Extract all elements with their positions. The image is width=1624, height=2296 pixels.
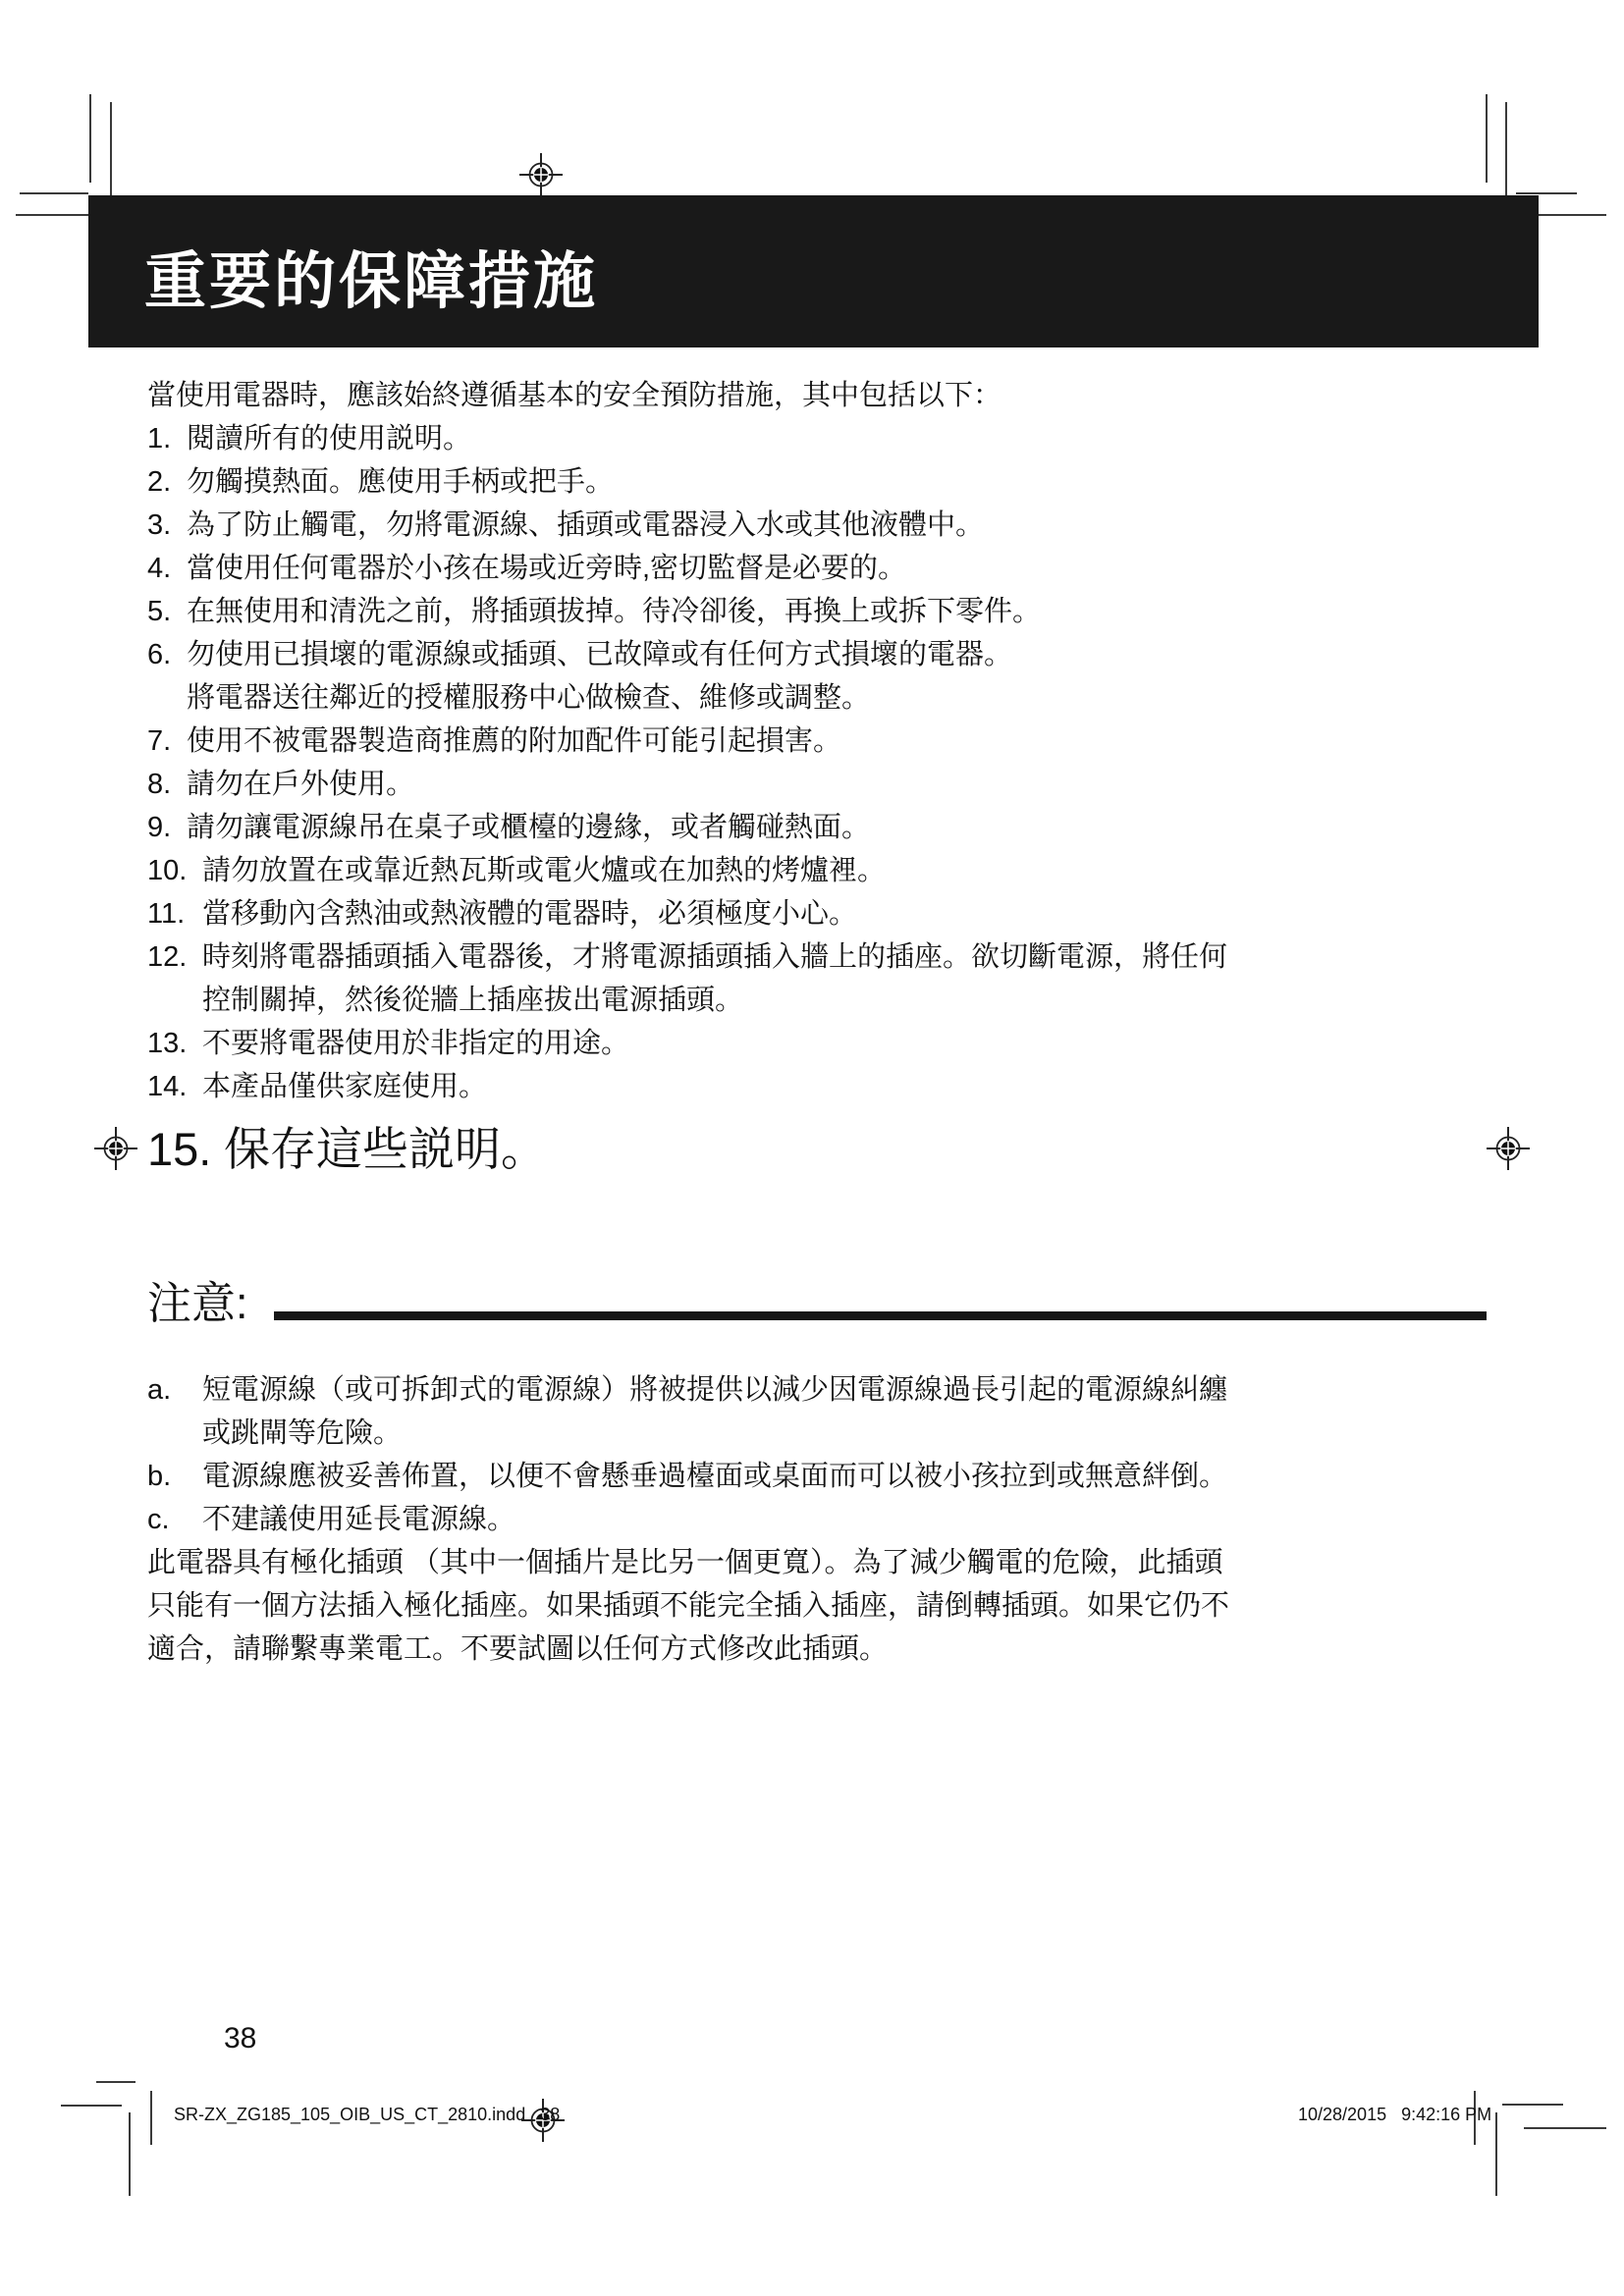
caution-list: a.短電源線（或可拆卸式的電源線）將被提供以減少因電源線過長引起的電源線糾纏或跳… [147,1368,1492,1541]
crop-mark [129,2112,131,2196]
crop-mark [61,2105,122,2107]
crop-mark [1524,2127,1606,2129]
caution-item: b.電源線應被妥善佈置，以便不會懸垂過檯面或桌面而可以被小孩拉到或無意絆倒。 [147,1455,1492,1498]
list-item: 5.在無使用和清洗之前，將插頭拔掉。待冷卻後，再換上或拆下零件。 [147,590,1492,633]
safeguards-list: 1.閱讀所有的使用説明。 2.勿觸摸熱面。應使用手柄或把手。 3.為了防止觸電，… [147,417,1492,1108]
list-item: 12.時刻將電器插頭插入電器後，才將電源插頭插入牆上的插座。欲切斷電源，將任何控… [147,935,1492,1022]
footer-timestamp: 10/28/2015 9:42:16 PM [1298,2105,1491,2125]
caution-heading: 注意: [147,1275,1492,1332]
crop-mark [96,2081,135,2083]
crop-mark [1532,214,1606,216]
crop-mark [1495,2112,1497,2196]
crop-mark [89,94,91,183]
crop-mark [1516,192,1577,194]
caution-item: a.短電源線（或可拆卸式的電源線）將被提供以減少因電源線過長引起的電源線糾纏或跳… [147,1368,1492,1455]
crop-mark [150,2091,152,2145]
registration-mark-icon [519,153,563,196]
list-item: 13.不要將電器使用於非指定的用途。 [147,1022,1492,1065]
registration-mark-icon [94,1127,137,1170]
list-item: 2.勿觸摸熱面。應使用手柄或把手。 [147,460,1492,504]
list-item: 9.請勿讓電源線吊在桌子或櫃檯的邊緣，或者觸碰熱面。 [147,806,1492,849]
page-title: 重要的保障措施 [88,222,598,321]
list-item: 11.當移動內含熱油或熱液體的電器時，必須極度小心。 [147,892,1492,935]
crop-mark [1502,2104,1563,2106]
crop-mark [20,192,88,194]
list-item: 10.請勿放置在或靠近熱瓦斯或電火爐或在加熱的烤爐裡。 [147,849,1492,892]
list-item: 4.當使用任何電器於小孩在場或近旁時,密切監督是必要的。 [147,547,1492,590]
page-number: 38 [224,2022,256,2056]
list-item: 7.使用不被電器製造商推薦的附加配件可能引起損害。 [147,720,1492,763]
polarized-plug-paragraph: 此電器具有極化插頭 （其中一個插片是比另一個更寬）。為了減少觸電的危險，此插頭 … [147,1541,1492,1671]
list-item: 1.閱讀所有的使用説明。 [147,417,1492,460]
footer-filename: SR-ZX_ZG185_105_OIB_US_CT_2810.indd 38 [174,2105,560,2125]
caution-rule [274,1311,1487,1320]
caution-item: c.不建議使用延長電源線。 [147,1498,1492,1541]
intro-text: 當使用電器時，應該始終遵循基本的安全預防措施，其中包括以下： [147,374,1492,417]
list-item: 6.勿使用已損壞的電源線或插頭、已故障或有任何方式損壞的電器。將電器送往鄰近的授… [147,633,1492,720]
crop-mark [1486,94,1488,183]
list-item: 3.為了防止觸電，勿將電源線、插頭或電器浸入水或其他液體中。 [147,504,1492,547]
caution-title: 注意: [147,1275,248,1332]
title-banner: 重要的保障措施 [88,195,1539,347]
save-instructions-line: 15. 保存這些説明。 [147,1118,1492,1181]
crop-mark [16,214,90,216]
list-item: 14.本產品僅供家庭使用。 [147,1065,1492,1108]
list-item: 8.請勿在戶外使用。 [147,763,1492,806]
manual-page: 重要的保障措施 當使用電器時，應該始終遵循基本的安全預防措施，其中包括以下： 1… [0,0,1624,2296]
content: 當使用電器時，應該始終遵循基本的安全預防措施，其中包括以下： 1.閱讀所有的使用… [147,374,1492,1671]
registration-mark-icon [1487,1127,1530,1170]
